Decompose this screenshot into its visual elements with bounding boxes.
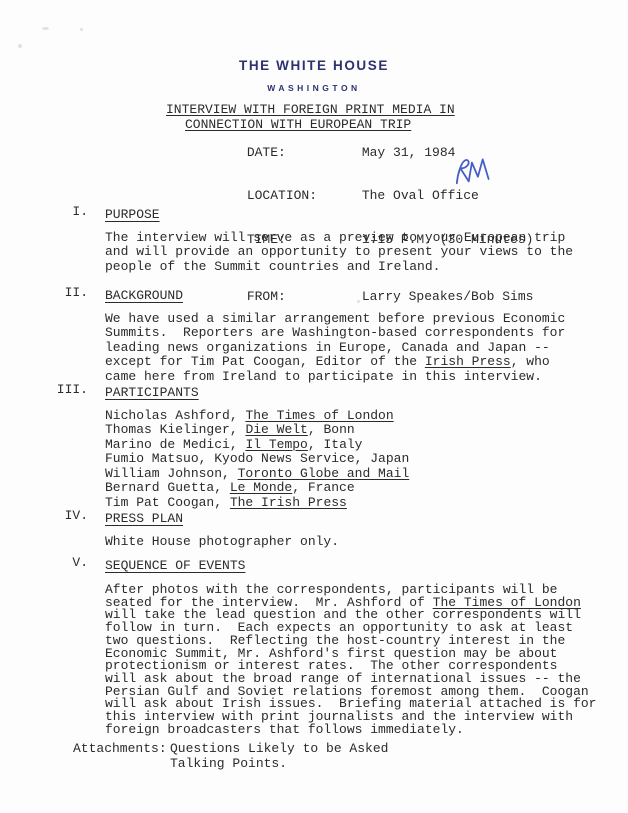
text-line: and will provide an opportunity to prese… (105, 245, 628, 260)
text-line: The interview will serve as a preview to… (105, 231, 628, 246)
section-heading: BACKGROUND (105, 289, 183, 304)
section-numeral: III. (0, 383, 88, 398)
section-numeral: I. (0, 205, 88, 220)
text-line: except for Tim Pat Coogan, Editor of the… (105, 355, 628, 370)
section-numeral: II. (0, 286, 88, 301)
letterhead-subtitle: WASHINGTON (0, 83, 628, 93)
meta-value: The Oval Office (362, 188, 479, 203)
attachment-item: Talking Points. (170, 757, 628, 772)
scan-speck (18, 44, 22, 48)
document-page: THE WHITE HOUSE WASHINGTON INTERVIEW WIT… (0, 0, 628, 813)
text-line: Marino de Medici, Il Tempo, Italy (105, 438, 628, 453)
section-body: White House photographer only. (105, 535, 628, 550)
letterhead-title: THE WHITE HOUSE (0, 58, 628, 73)
section-background: II. BACKGROUND We have used a similar ar… (0, 286, 628, 384)
meta-label: DATE: (247, 146, 362, 161)
text-line: We have used a similar arrangement befor… (105, 312, 628, 327)
text-line: Tim Pat Coogan, The Irish Press (105, 496, 628, 511)
section-numeral: V. (0, 556, 88, 571)
text-line: Thomas Kielinger, Die Welt, Bonn (105, 423, 628, 438)
scan-speck (80, 28, 83, 31)
text-line: Fumio Matsuo, Kyodo News Service, Japan (105, 452, 628, 467)
meta-label: LOCATION: (247, 189, 362, 204)
text-line: Bernard Guetta, Le Monde, France (105, 481, 628, 496)
document-title-line-2: CONNECTION WITH EUROPEAN TRIP (185, 117, 411, 132)
section-heading: PURPOSE (105, 208, 160, 223)
text-line: Summits. Reporters are Washington-based … (105, 326, 628, 341)
attachments-block: Attachments: Questions Likely to be Aske… (0, 742, 628, 771)
section-heading: SEQUENCE OF EVENTS (105, 559, 245, 574)
attachments-items: Questions Likely to be Asked Talking Poi… (170, 742, 628, 771)
meta-value: May 31, 1984 (362, 145, 456, 160)
text-line: foreign broadcasters that follows immedi… (105, 724, 628, 737)
text-line: leading news organizations in Europe, Ca… (105, 341, 628, 356)
section-numeral: IV. (0, 509, 88, 524)
text-line: William Johnson, Toronto Globe and Mail (105, 467, 628, 482)
section-body: Nicholas Ashford, The Times of LondonTho… (105, 409, 628, 511)
section-press-plan: IV. PRESS PLAN White House photographer … (0, 509, 628, 549)
section-body: The interview will serve as a preview to… (105, 231, 628, 275)
section-body: After photos with the correspondents, pa… (105, 584, 628, 736)
document-title-line-1: INTERVIEW WITH FOREIGN PRINT MEDIA IN (166, 102, 455, 117)
handwritten-initials (452, 155, 496, 188)
document-title: INTERVIEW WITH FOREIGN PRINT MEDIA IN CO… (0, 103, 628, 132)
section-participants: III. PARTICIPANTS Nicholas Ashford, The … (0, 383, 628, 510)
section-body: We have used a similar arrangement befor… (105, 312, 628, 385)
text-line: came here from Ireland to participate in… (105, 370, 628, 385)
section-sequence-of-events: V. SEQUENCE OF EVENTS After photos with … (0, 556, 628, 736)
scan-speck (42, 27, 49, 30)
text-line: people of the Summit countries and Irela… (105, 260, 628, 275)
section-heading: PARTICIPANTS (105, 386, 199, 401)
attachment-item: Questions Likely to be Asked (170, 742, 628, 757)
attachments-label: Attachments: (73, 742, 167, 757)
section-purpose: I. PURPOSE The interview will serve as a… (0, 205, 628, 274)
text-line: White House photographer only. (105, 535, 628, 550)
section-heading: PRESS PLAN (105, 512, 183, 527)
text-line: Nicholas Ashford, The Times of London (105, 409, 628, 424)
